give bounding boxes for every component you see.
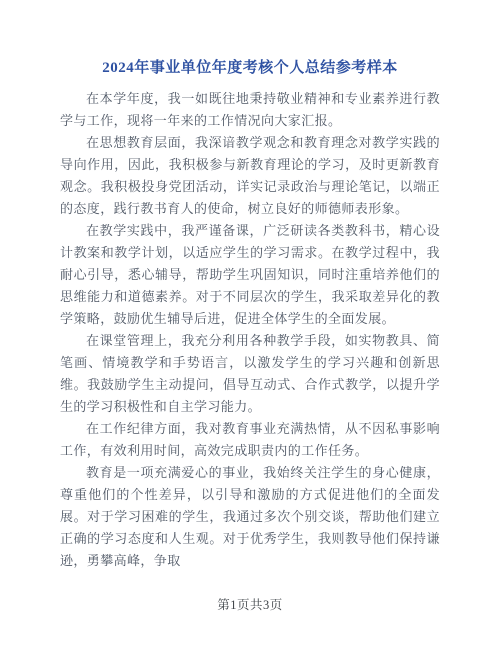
- paragraph-ideology-education: 在思想教育层面，我深谙教学观念和教育理念对教学实践的导向作用，因此，我积极参与新…: [60, 132, 440, 220]
- paragraph-work-discipline: 在工作纪律方面，我对教育事业充满热情，从不因私事影响工作，有效利用时间，高效完成…: [60, 418, 440, 462]
- document-title: 2024年事业单位年度考核个人总结参考样本: [60, 56, 440, 80]
- paragraph-intro: 在本学年度，我一如既往地秉持敬业精神和专业素养进行教学与工作，现将一年来的工作情…: [60, 88, 440, 132]
- paragraph-teaching-practice: 在教学实践中，我严谨备课，广泛研读各类教科书，精心设计教案和教学计划，以适应学生…: [60, 220, 440, 330]
- page-number-footer: 第1页共3页: [0, 597, 500, 613]
- paragraph-caring-education: 教育是一项充满爱心的事业，我始终关注学生的身心健康，尊重他们的个性差异，以引导和…: [60, 462, 440, 572]
- document-page: 2024年事业单位年度考核个人总结参考样本 在本学年度，我一如既往地秉持敬业精神…: [0, 0, 500, 647]
- paragraph-classroom-management: 在课堂管理上，我充分利用各种教学手段，如实物教具、简笔画、情境教学和手势语言，以…: [60, 330, 440, 418]
